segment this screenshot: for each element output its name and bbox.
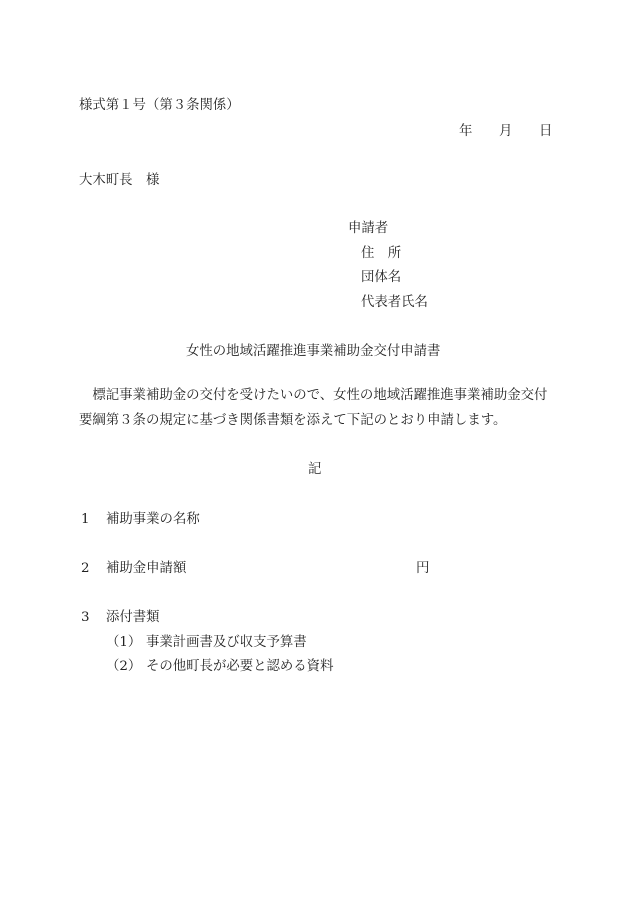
applicant-address-label: 住 所 — [361, 247, 401, 260]
addressee-name: 大木町長 — [79, 174, 133, 187]
date-year-label: 年 — [459, 125, 472, 138]
ki-heading: 記 — [308, 463, 321, 476]
date-day-label: 日 — [539, 125, 552, 138]
form-number: 様式第１号（第３条関係） — [79, 99, 240, 112]
applicant-representative-label: 代表者氏名 — [361, 296, 428, 309]
attachment-1-label: 事業計画書及び収支予算書 — [146, 636, 307, 649]
attachment-1-number: （1） — [106, 636, 141, 649]
item-1-number: 1 — [81, 513, 90, 526]
item-2-label: 補助金申請額 — [106, 562, 186, 575]
body-line-1: 標記事業補助金の交付を受けたいので、女性の地域活躍推進事業補助金交付 — [79, 389, 547, 402]
attachment-2-label: その他町長が必要と認める資料 — [146, 660, 333, 673]
document-title: 女性の地域活躍推進事業補助金交付申請書 — [186, 345, 440, 358]
item-2-unit: 円 — [416, 562, 429, 575]
item-2-number: 2 — [81, 562, 90, 575]
date-month-label: 月 — [499, 125, 512, 138]
item-1-label: 補助事業の名称 — [106, 513, 200, 526]
applicant-organization-label: 団体名 — [361, 271, 401, 284]
body-line-2: 要綱第３条の規定に基づき関係書類を添えて下記のとおり申請します。 — [79, 414, 506, 427]
item-3-label: 添付書類 — [106, 611, 160, 624]
applicant-heading: 申請者 — [348, 222, 388, 235]
addressee-honorific: 様 — [146, 174, 159, 187]
attachment-2-number: （2） — [106, 660, 141, 673]
item-3-number: 3 — [81, 611, 90, 624]
